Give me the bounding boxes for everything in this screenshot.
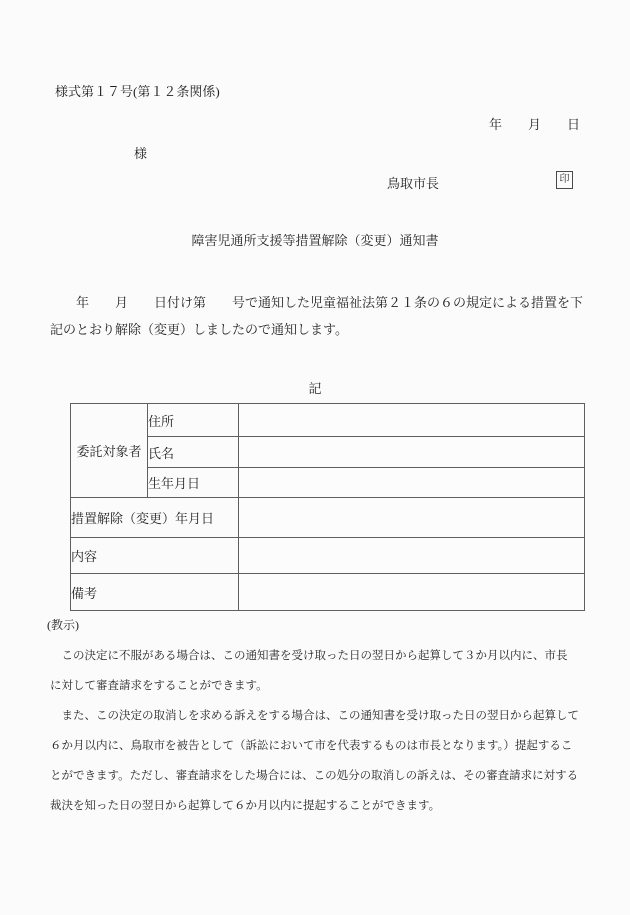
content-value-cell [239, 538, 585, 574]
table-row-name: 氏名 [71, 437, 585, 468]
name-label-cell: 氏名 [148, 437, 239, 468]
table-row-birthdate: 生年月日 [71, 468, 585, 498]
record-marker: 記 [0, 381, 630, 397]
birthdate-value-cell [239, 468, 585, 498]
table-row-remarks: 備考 [71, 574, 585, 611]
content-label-cell: 内容 [71, 538, 239, 574]
notice-details-table: 委託対象者 住所 氏名 生年月日 措置解除（変更）年月日 内容 備考 [70, 403, 585, 611]
group-label-cell: 委託対象者 [71, 404, 148, 498]
instructions-line-2: に対して審査請求をすることができます。 [50, 679, 268, 693]
addressee-honorific: 様 [134, 146, 147, 162]
table-row-release-date: 措置解除（変更）年月日 [71, 498, 585, 538]
remarks-label-cell: 備考 [71, 574, 239, 611]
instructions-line-4: ６か月以内に、鳥取市を被告として（訴訟において市を代表するものは市長となります。… [50, 739, 572, 753]
instructions-line-3: また、この決定の取消しを求める訴えをする場合は、この通知書を受け取った日の翌日か… [50, 709, 579, 723]
remarks-value-cell [239, 574, 585, 611]
body-paragraph-line-1: 年 月 日付け第 号で通知した児童福祉法第２１条の６の規定による措置を下 [50, 295, 583, 311]
seal-stamp-icon: 印 [556, 171, 573, 189]
release-date-label-cell: 措置解除（変更）年月日 [71, 498, 239, 538]
instructions-line-6: 裁決を知った日の翌日から起算して６か月以内に提起することができます。 [50, 799, 440, 813]
form-number: 様式第１７号(第１２条関係) [55, 84, 220, 100]
document-title: 障害児通所支援等措置解除（変更）通知書 [0, 233, 630, 249]
sender-title: 鳥取市長 [387, 176, 439, 192]
date-line: 年 月 日 [489, 117, 580, 133]
body-paragraph-line-2: 記のとおり解除（変更）しましたので通知します。 [50, 322, 348, 338]
birthdate-label-cell: 生年月日 [148, 468, 239, 498]
name-value-cell [239, 437, 585, 468]
instructions-label: (教示) [47, 618, 79, 633]
instructions-line-5: とができます。ただし、審査請求をした場合には、この処分の取消しの訴えは、その審査… [50, 769, 578, 783]
address-label-cell: 住所 [148, 404, 239, 437]
release-date-value-cell [239, 498, 585, 538]
address-value-cell [239, 404, 585, 437]
instructions-line-1: この決定に不服がある場合は、この通知書を受け取った日の翌日から起算して３か月以内… [50, 649, 568, 663]
table-row-address: 委託対象者 住所 [71, 404, 585, 437]
table-row-content: 内容 [71, 538, 585, 574]
